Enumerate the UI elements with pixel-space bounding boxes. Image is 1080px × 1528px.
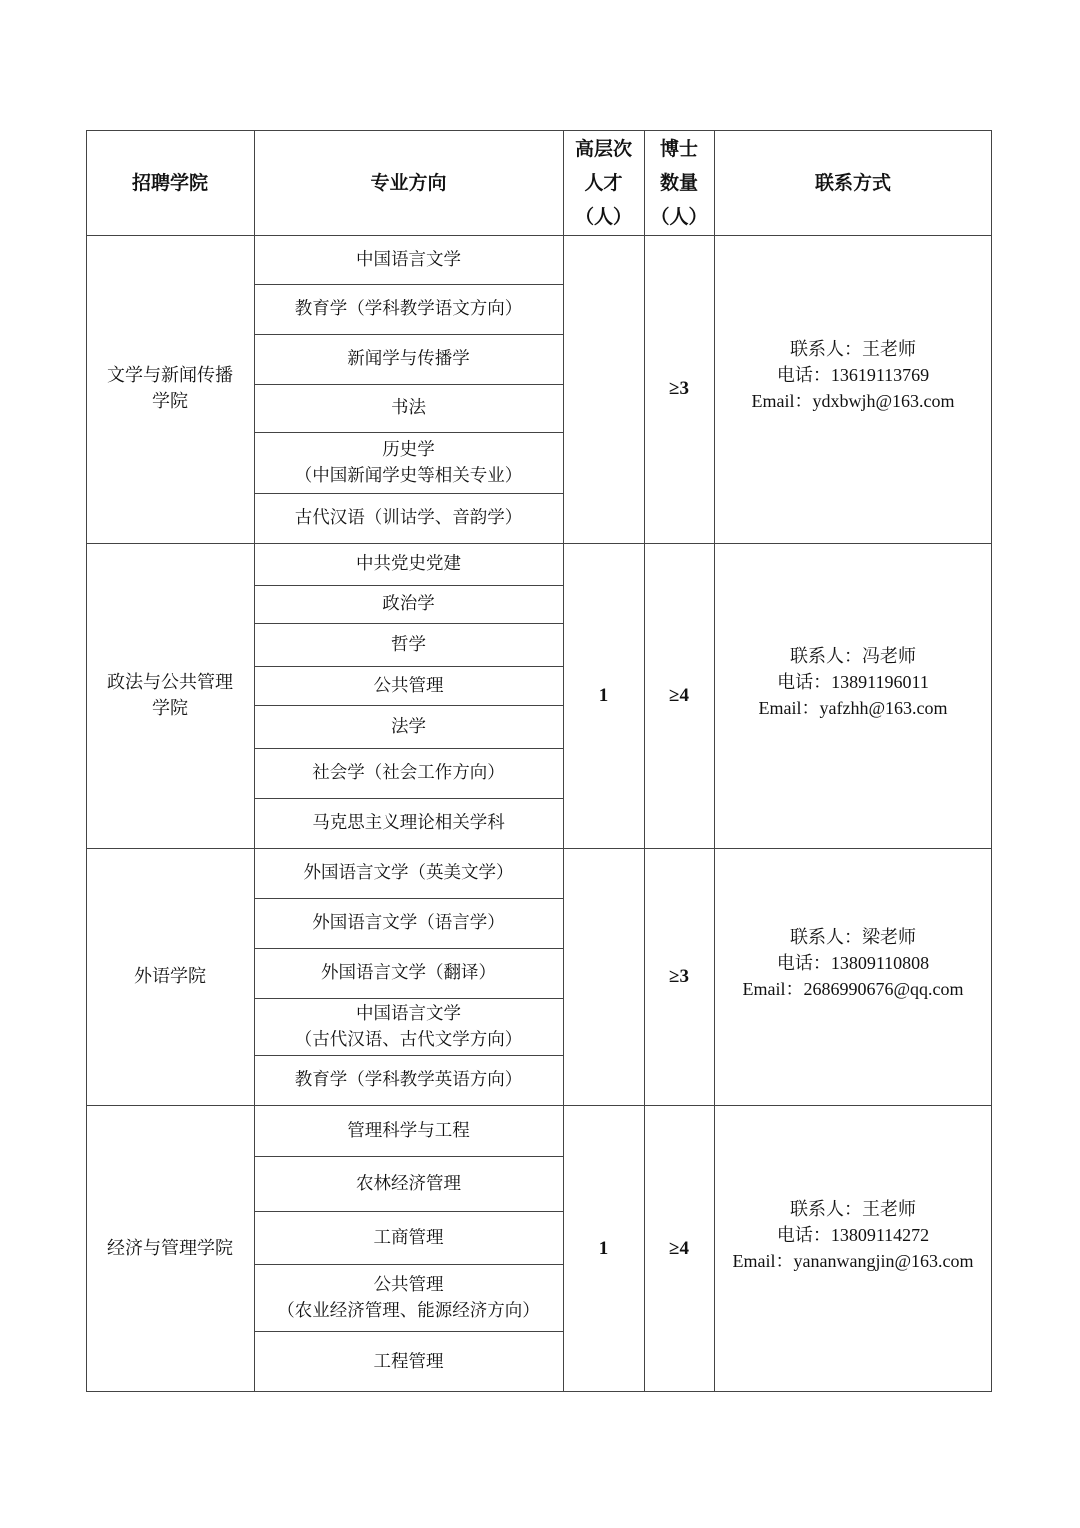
major-item: 哲学 [254,623,563,666]
major-item-line: 中国语言文学 [356,1001,461,1027]
major-item-line: 政治学 [382,591,435,617]
major-item-line: （农业经济管理、能源经济方向） [277,1298,540,1324]
college-name: 外语学院 [86,848,254,1105]
college-name: 经济与管理学院 [86,1105,254,1392]
contact-info: 联系人：王老师电话：13619113769Email：ydxbwjh@163.c… [714,235,992,543]
column-border [254,130,255,1392]
row-divider [254,948,563,949]
header-phd-line: 数量 [660,166,698,200]
major-item: 农林经济管理 [254,1156,563,1211]
major-item-line: 外国语言文学（语言学） [312,910,505,936]
row-border [86,848,992,849]
major-item-line: 历史学 [382,437,435,463]
row-divider [254,623,563,624]
row-border [86,1105,992,1106]
column-border [563,130,564,1392]
column-border [86,130,87,1392]
row-border [86,1391,992,1392]
phd-count: ≥3 [644,848,714,1105]
row-border [86,235,992,236]
header-college: 招聘学院 [86,130,254,235]
major-item: 工程管理 [254,1331,563,1392]
header-phd-line: 博士 [660,132,698,166]
major-item: 公共管理 [254,666,563,705]
major-item: 外国语言文学（翻译） [254,948,563,998]
talent-count [563,235,644,543]
major-item-line: 新闻学与传播学 [347,346,470,372]
row-divider [254,1156,563,1157]
major-item: 中共党史党建 [254,543,563,585]
talent-count [563,848,644,1105]
major-item: 外国语言文学（英美文学） [254,848,563,898]
row-divider [254,748,563,749]
major-item: 历史学（中国新闻学史等相关专业） [254,432,563,493]
major-item-line: （古代汉语、古代文学方向） [295,1027,523,1053]
major-item-line: 农林经济管理 [356,1171,461,1197]
major-item-line: 外国语言文学（翻译） [321,960,496,986]
row-divider [254,1211,563,1212]
contact-line: 联系人：王老师 [790,336,916,362]
major-item-line: 哲学 [391,632,426,658]
header-talent: 高层次人才（人） [563,130,644,235]
contact-line: Email：yafzhh@163.com [758,695,947,721]
college-name-line: 文学与新闻传播 [107,363,233,389]
major-item-line: 古代汉语（训诂学、音韵学） [295,505,523,531]
major-item: 外国语言文学（语言学） [254,898,563,948]
major-item-line: 教育学（学科教学英语方向） [295,1067,523,1093]
contact-line: Email：ydxbwjh@163.com [751,388,954,414]
contact-line: 联系人：冯老师 [790,643,916,669]
header-phd: 博士数量（人） [644,130,714,235]
header-talent-line: 高层次 [575,132,632,166]
row-divider [254,384,563,385]
contact-line: 电话：13619113769 [777,362,929,388]
row-border [86,543,992,544]
major-item: 教育学（学科教学语文方向） [254,284,563,334]
major-item-line: 公共管理 [374,1272,444,1298]
major-item-line: 工商管理 [374,1225,444,1251]
column-border [644,130,645,1392]
contact-line: 电话：13809114272 [777,1222,929,1248]
college-name: 政法与公共管理学院 [86,543,254,848]
major-item: 中国语言文学（古代汉语、古代文学方向） [254,998,563,1055]
row-divider [254,1331,563,1332]
header-major: 专业方向 [254,130,563,235]
contact-info: 联系人：王老师电话：13809114272Email：yananwangjin@… [714,1105,992,1392]
contact-info: 联系人：冯老师电话：13891196011Email：yafzhh@163.co… [714,543,992,848]
phd-count: ≥4 [644,1105,714,1392]
row-divider [254,1055,563,1056]
row-divider [254,705,563,706]
contact-line: 联系人：梁老师 [790,924,916,950]
row-divider [254,334,563,335]
major-item: 中国语言文学 [254,235,563,284]
major-item-line: 社会学（社会工作方向） [312,760,505,786]
college-name-line: 学院 [152,696,188,722]
major-item-line: （中国新闻学史等相关专业） [295,463,523,489]
talent-count: 1 [563,1105,644,1392]
major-item: 古代汉语（训诂学、音韵学） [254,493,563,543]
column-border [991,130,992,1392]
major-item: 工商管理 [254,1211,563,1264]
major-item: 法学 [254,705,563,748]
column-border [714,130,715,1392]
contact-line: Email：2686990676@qq.com [742,976,963,1002]
contact-line: Email：yananwangjin@163.com [732,1248,973,1274]
major-item: 社会学（社会工作方向） [254,748,563,798]
header-contact: 联系方式 [714,130,992,235]
major-item: 书法 [254,384,563,432]
college-name-line: 学院 [152,389,188,415]
row-divider [254,284,563,285]
major-item: 新闻学与传播学 [254,334,563,384]
major-item-line: 书法 [391,395,426,421]
college-name-line: 政法与公共管理 [107,670,233,696]
phd-count: ≥4 [644,543,714,848]
contact-line: 联系人：王老师 [790,1196,916,1222]
row-divider [254,998,563,999]
recruitment-table: 招聘学院专业方向高层次人才（人）博士数量（人）联系方式文学与新闻传播学院中国语言… [86,130,992,1392]
row-divider [254,585,563,586]
major-item-line: 中国语言文学 [356,247,461,273]
major-item-line: 马克思主义理论相关学科 [312,810,505,836]
row-divider [254,432,563,433]
major-item-line: 中共党史党建 [356,551,461,577]
major-item-line: 公共管理 [374,673,444,699]
major-item: 教育学（学科教学英语方向） [254,1055,563,1105]
header-phd-line: （人） [650,200,707,234]
college-name-line: 外语学院 [134,964,206,990]
major-item: 管理科学与工程 [254,1105,563,1156]
row-divider [254,898,563,899]
contact-info: 联系人：梁老师电话：13809110808Email：2686990676@qq… [714,848,992,1105]
row-divider [254,1264,563,1265]
contact-line: 电话：13891196011 [777,669,929,695]
major-item-line: 外国语言文学（英美文学） [304,860,514,886]
major-item: 政治学 [254,585,563,623]
major-item-line: 工程管理 [374,1349,444,1375]
row-border [86,130,992,131]
talent-count: 1 [563,543,644,848]
phd-count: ≥3 [644,235,714,543]
major-item-line: 法学 [391,714,426,740]
college-name: 文学与新闻传播学院 [86,235,254,543]
major-item: 公共管理（农业经济管理、能源经济方向） [254,1264,563,1331]
row-divider [254,666,563,667]
major-item-line: 教育学（学科教学语文方向） [295,296,523,322]
row-divider [254,493,563,494]
major-item-line: 管理科学与工程 [347,1118,470,1144]
major-item: 马克思主义理论相关学科 [254,798,563,848]
contact-line: 电话：13809110808 [777,950,929,976]
college-name-line: 经济与管理学院 [107,1236,233,1262]
header-talent-line: 人才 [584,166,622,200]
header-talent-line: （人） [575,200,632,234]
row-divider [254,798,563,799]
